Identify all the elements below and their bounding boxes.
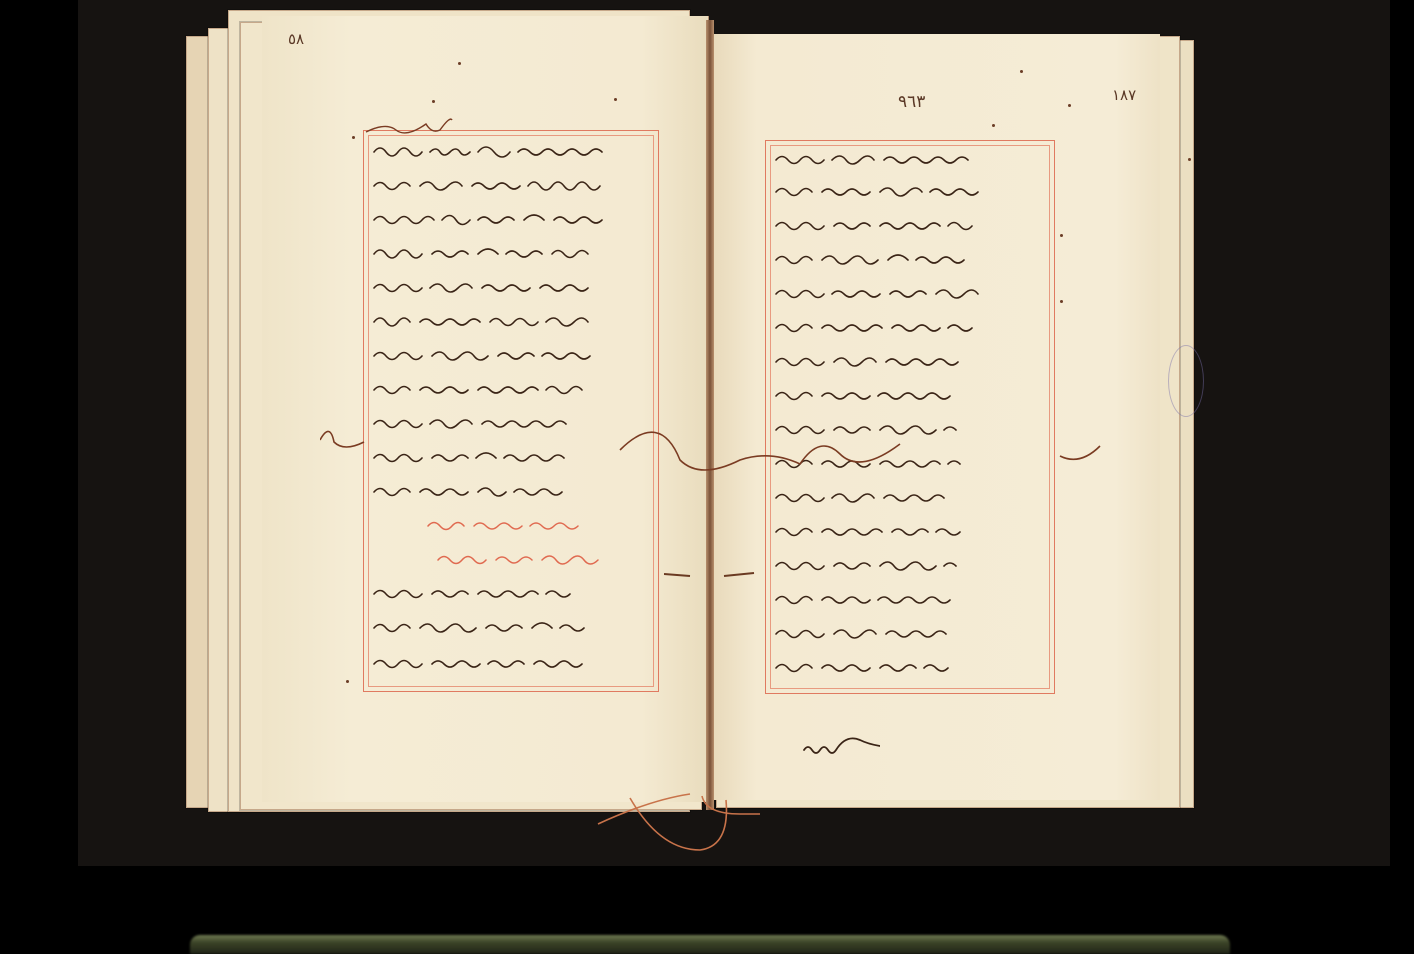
thread-fragment [664,570,764,580]
catchword [800,728,880,758]
foxing-spot [1060,300,1063,303]
book-gutter [706,20,714,810]
right-folio-number: ١٨٧ [1112,86,1136,104]
foxing-spot [458,62,461,65]
foxing-spot [992,124,995,127]
foxing-spot [432,100,435,103]
library-stamp [1168,345,1204,417]
foxing-spot [614,98,617,101]
right-text-block [770,146,1050,688]
left-folio-number: ٥٨ [288,30,304,48]
foxing-spot [1020,70,1023,73]
foxing-spot [1060,234,1063,237]
open-manuscript: ٥٨ ٩٦٣ ١٨٧ [0,0,1414,866]
binding-thread-bottom [590,790,770,860]
film-edge-strip [190,935,1230,954]
foxing-spot [346,680,349,683]
foxing-spot [352,136,355,139]
foxing-spot [1068,104,1071,107]
right-page-number: ٩٦٣ [898,92,925,112]
rubric-lines [428,523,598,565]
left-text-block [368,136,654,686]
foxing-spot [1188,158,1191,161]
binding-thread-top [360,118,480,148]
binding-thread-middle [320,420,1120,480]
